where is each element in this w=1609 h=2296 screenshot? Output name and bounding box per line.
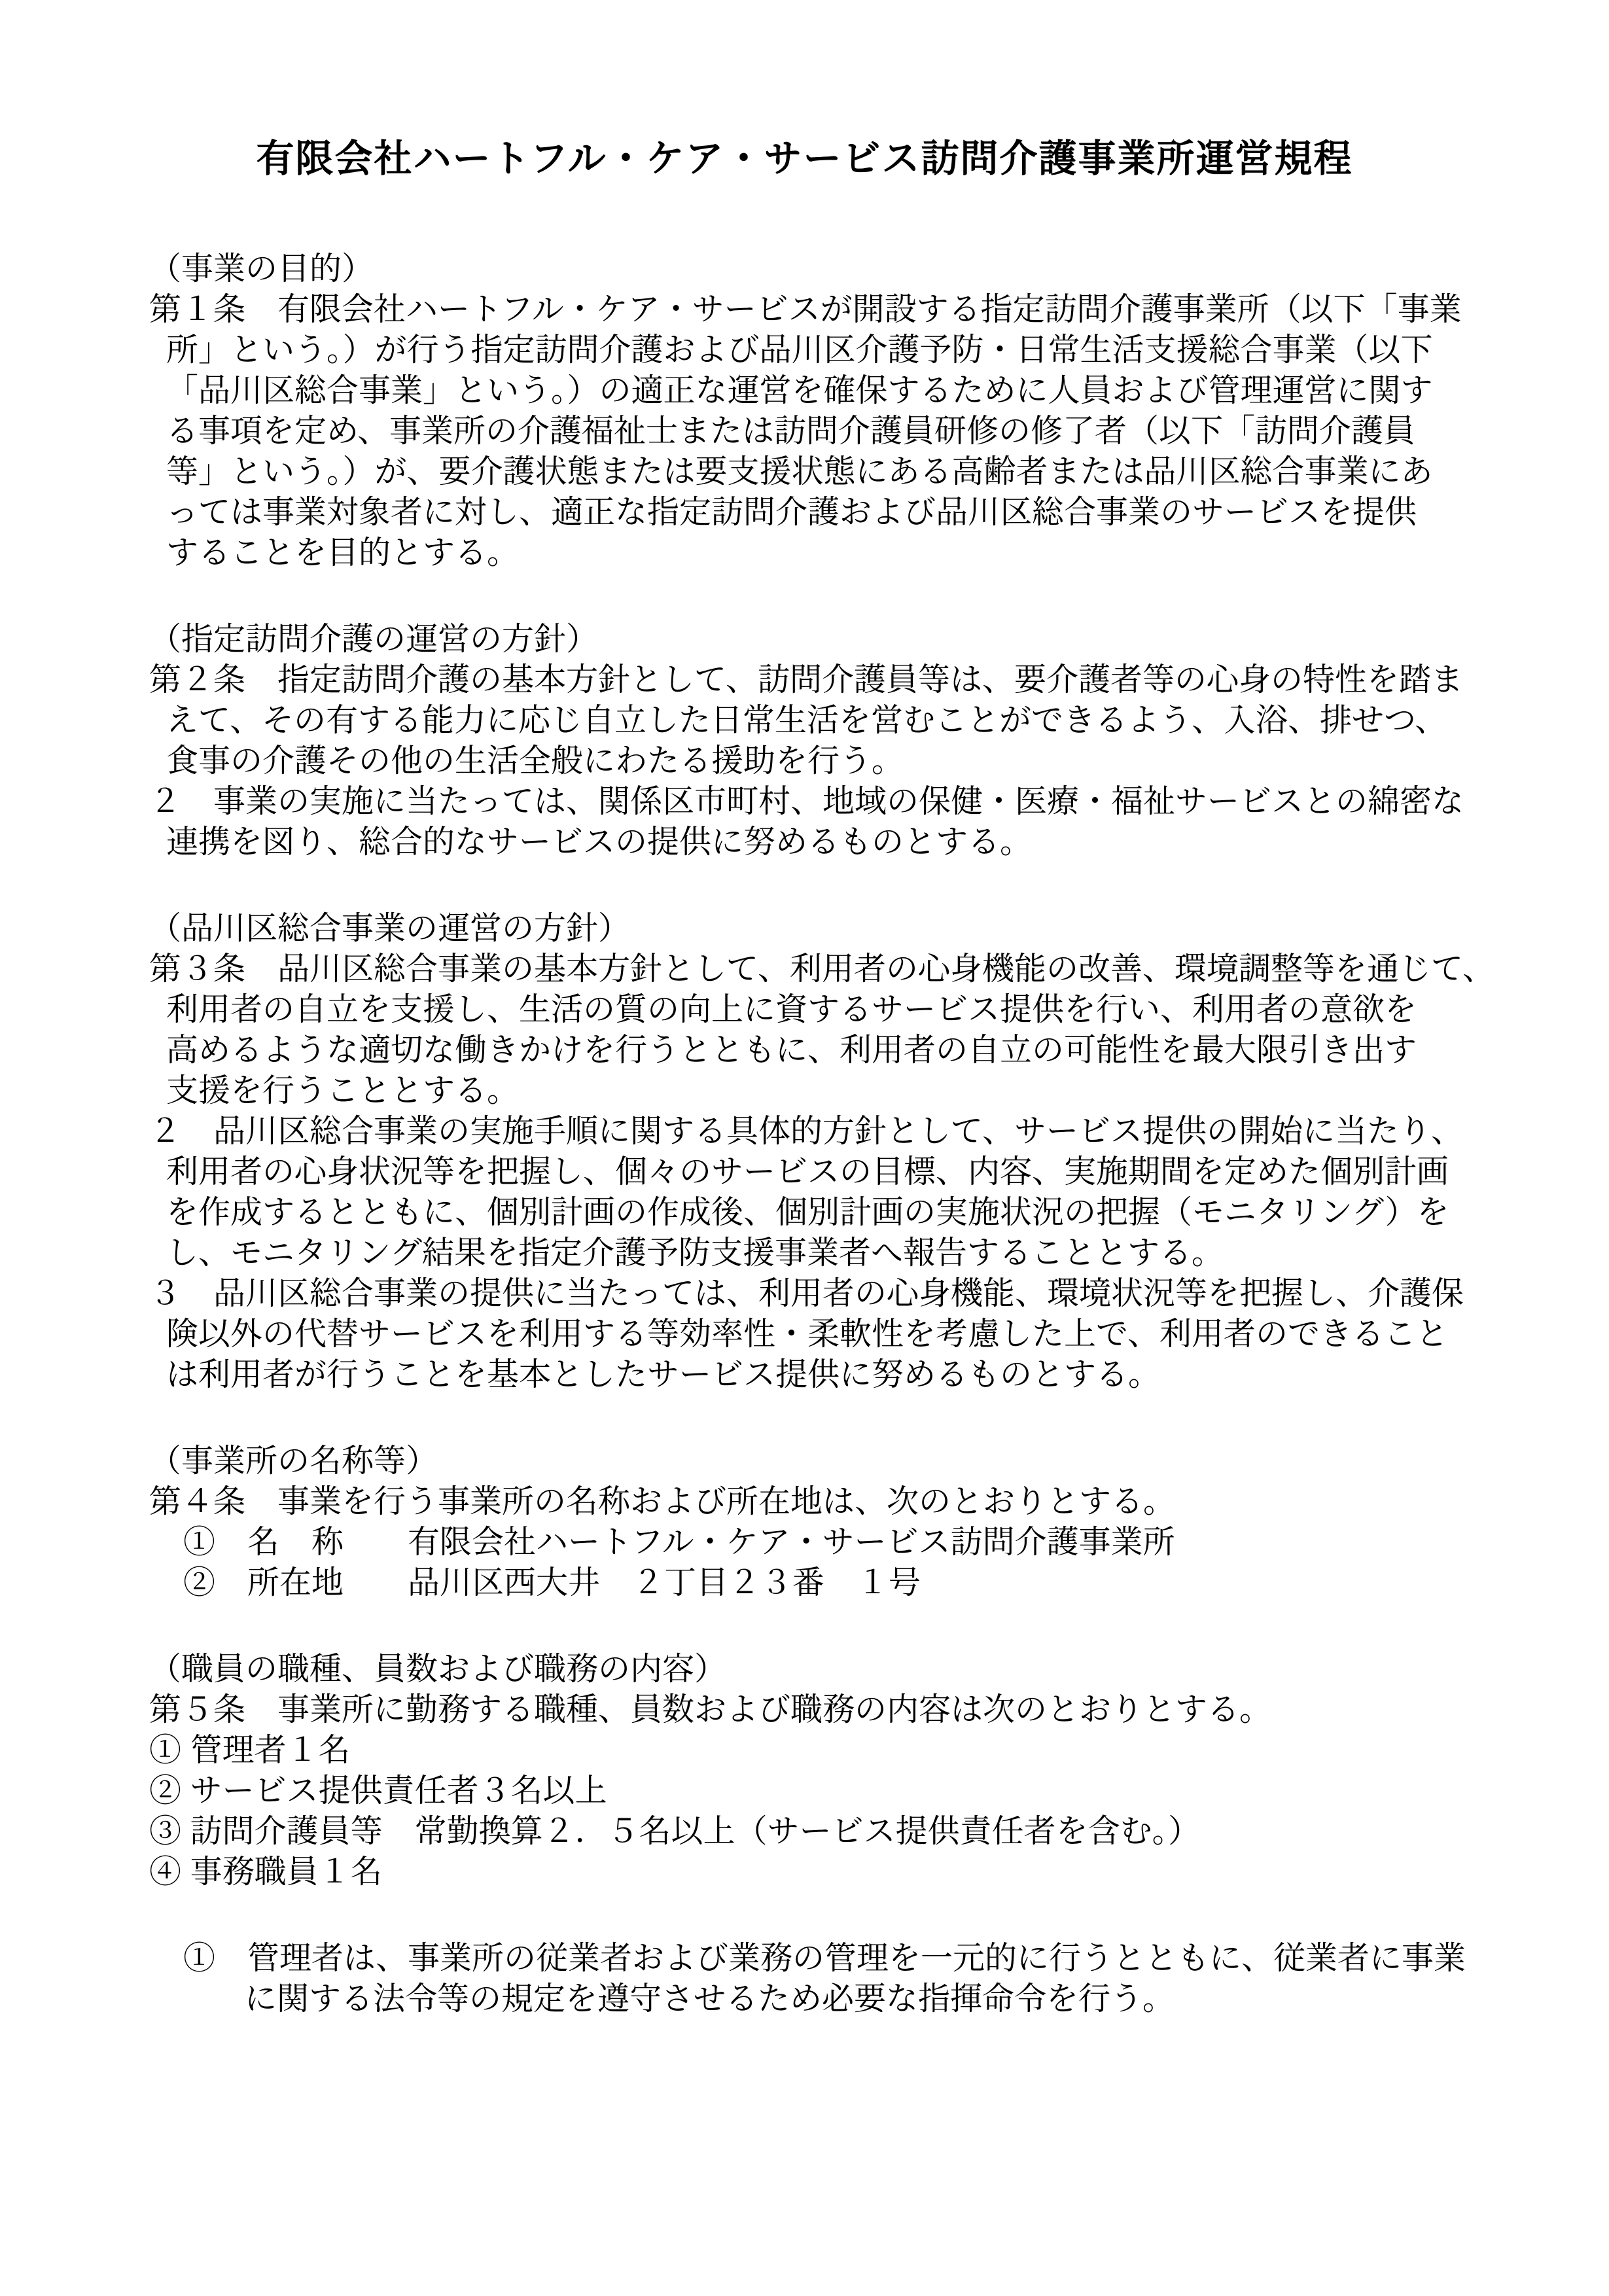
text-line: ④ 事務職員１名 xyxy=(149,1852,1517,1892)
text-line: る事項を定め、事業所の介護福祉士または訪問介護員研修の修了者（以下「訪問介護員 xyxy=(149,411,1517,451)
text-line: し、モニタリング結果を指定介護予防支援事業者へ報告することとする。 xyxy=(149,1233,1517,1273)
text-line: することを目的とする。 xyxy=(149,533,1517,573)
document-title: 有限会社ハートフル・ケア・サービス訪問介護事業所運営規程 xyxy=(92,137,1517,181)
text-line: 利用者の自立を支援し、生活の質の向上に資するサービス提供を行い、利用者の意欲を xyxy=(149,989,1517,1030)
section-heading: （品川区総合事業の運営の方針） xyxy=(149,908,1517,949)
document-page: 有限会社ハートフル・ケア・サービス訪問介護事業所運営規程 （事業の目的）第１条 … xyxy=(0,0,1609,2296)
text-line: は利用者が行うことを基本としたサービス提供に努めるものとする。 xyxy=(149,1354,1517,1395)
section: （職員の職種、員数および職務の内容）第５条 事業所に勤務する職種、員数および職務… xyxy=(149,1649,1517,1892)
section-heading: （指定訪問介護の運営の方針） xyxy=(149,619,1517,660)
text-line: ① 名 称 有限会社ハートフル・ケア・サービス訪問介護事業所 xyxy=(149,1522,1517,1563)
text-line: ① 管理者１名 xyxy=(149,1730,1517,1771)
text-line: えて、その有する能力に応じ自立した日常生活を営むことができるよう、入浴、排せつ、 xyxy=(149,700,1517,741)
section-heading: （職員の職種、員数および職務の内容） xyxy=(149,1649,1517,1689)
section: ① 管理者は、事業所の従業者および業務の管理を一元的に行うとともに、従業者に事業… xyxy=(149,1938,1517,2019)
text-line: 所」という。）が行う指定訪問介護および品川区介護予防・日常生活支援総合事業（以下 xyxy=(149,330,1517,370)
text-line: 等」という。）が、要介護状態または要支援状態にある高齢者または品川区総合事業にあ xyxy=(149,451,1517,492)
text-line: に関する法令等の規定を遵守させるため必要な指揮命令を行う。 xyxy=(149,1979,1517,2019)
text-line: ② サービス提供責任者３名以上 xyxy=(149,1771,1517,1811)
section-heading: （事業の目的） xyxy=(149,249,1517,289)
document-body: （事業の目的）第１条 有限会社ハートフル・ケア・サービスが開設する指定訪問介護事… xyxy=(149,249,1517,2019)
section: （指定訪問介護の運営の方針）第２条 指定訪問介護の基本方針として、訪問介護員等は… xyxy=(149,619,1517,862)
text-line: 第１条 有限会社ハートフル・ケア・サービスが開設する指定訪問介護事業所（以下「事… xyxy=(149,289,1517,330)
text-line: ２ 事業の実施に当たっては、関係区市町村、地域の保健・医療・福祉サービスとの綿密… xyxy=(149,781,1517,822)
text-line: ② 所在地 品川区西大井 ２丁目２３番 １号 xyxy=(149,1563,1517,1603)
text-line: 第３条 品川区総合事業の基本方針として、利用者の心身機能の改善、環境調整等を通じ… xyxy=(149,949,1517,989)
text-line: ３ 品川区総合事業の提供に当たっては、利用者の心身機能、環境状況等を把握し、介護… xyxy=(149,1273,1517,1314)
section: （品川区総合事業の運営の方針）第３条 品川区総合事業の基本方針として、利用者の心… xyxy=(149,908,1517,1395)
text-line: 険以外の代替サービスを利用する等効率性・柔軟性を考慮した上で、利用者のできること xyxy=(149,1314,1517,1354)
text-line: 第５条 事業所に勤務する職種、員数および職務の内容は次のとおりとする。 xyxy=(149,1689,1517,1730)
section-heading: （事業所の名称等） xyxy=(149,1441,1517,1481)
text-line: 連携を図り、総合的なサービスの提供に努めるものとする。 xyxy=(149,822,1517,862)
section: （事業の目的）第１条 有限会社ハートフル・ケア・サービスが開設する指定訪問介護事… xyxy=(149,249,1517,573)
text-line: ③ 訪問介護員等 常勤換算２．５名以上（サービス提供責任者を含む。） xyxy=(149,1811,1517,1852)
text-line: ２ 品川区総合事業の実施手順に関する具体的方針として、サービス提供の開始に当たり… xyxy=(149,1111,1517,1152)
text-line: 高めるような適切な働きかけを行うとともに、利用者の自立の可能性を最大限引き出す xyxy=(149,1030,1517,1070)
text-line: を作成するとともに、個別計画の作成後、個別計画の実施状況の把握（モニタリング）を xyxy=(149,1192,1517,1233)
text-line: ① 管理者は、事業所の従業者および業務の管理を一元的に行うとともに、従業者に事業 xyxy=(149,1938,1517,1979)
text-line: 支援を行うこととする。 xyxy=(149,1070,1517,1111)
text-line: 第４条 事業を行う事業所の名称および所在地は、次のとおりとする。 xyxy=(149,1481,1517,1522)
section: （事業所の名称等）第４条 事業を行う事業所の名称および所在地は、次のとおりとする… xyxy=(149,1441,1517,1603)
text-line: 「品川区総合事業」という。）の適正な運営を確保するために人員および管理運営に関す xyxy=(149,370,1517,411)
text-line: っては事業対象者に対し、適正な指定訪問介護および品川区総合事業のサービスを提供 xyxy=(149,492,1517,533)
text-line: 第２条 指定訪問介護の基本方針として、訪問介護員等は、要介護者等の心身の特性を踏… xyxy=(149,660,1517,700)
text-line: 食事の介護その他の生活全般にわたる援助を行う。 xyxy=(149,741,1517,781)
text-line: 利用者の心身状況等を把握し、個々のサービスの目標、内容、実施期間を定めた個別計画 xyxy=(149,1152,1517,1192)
